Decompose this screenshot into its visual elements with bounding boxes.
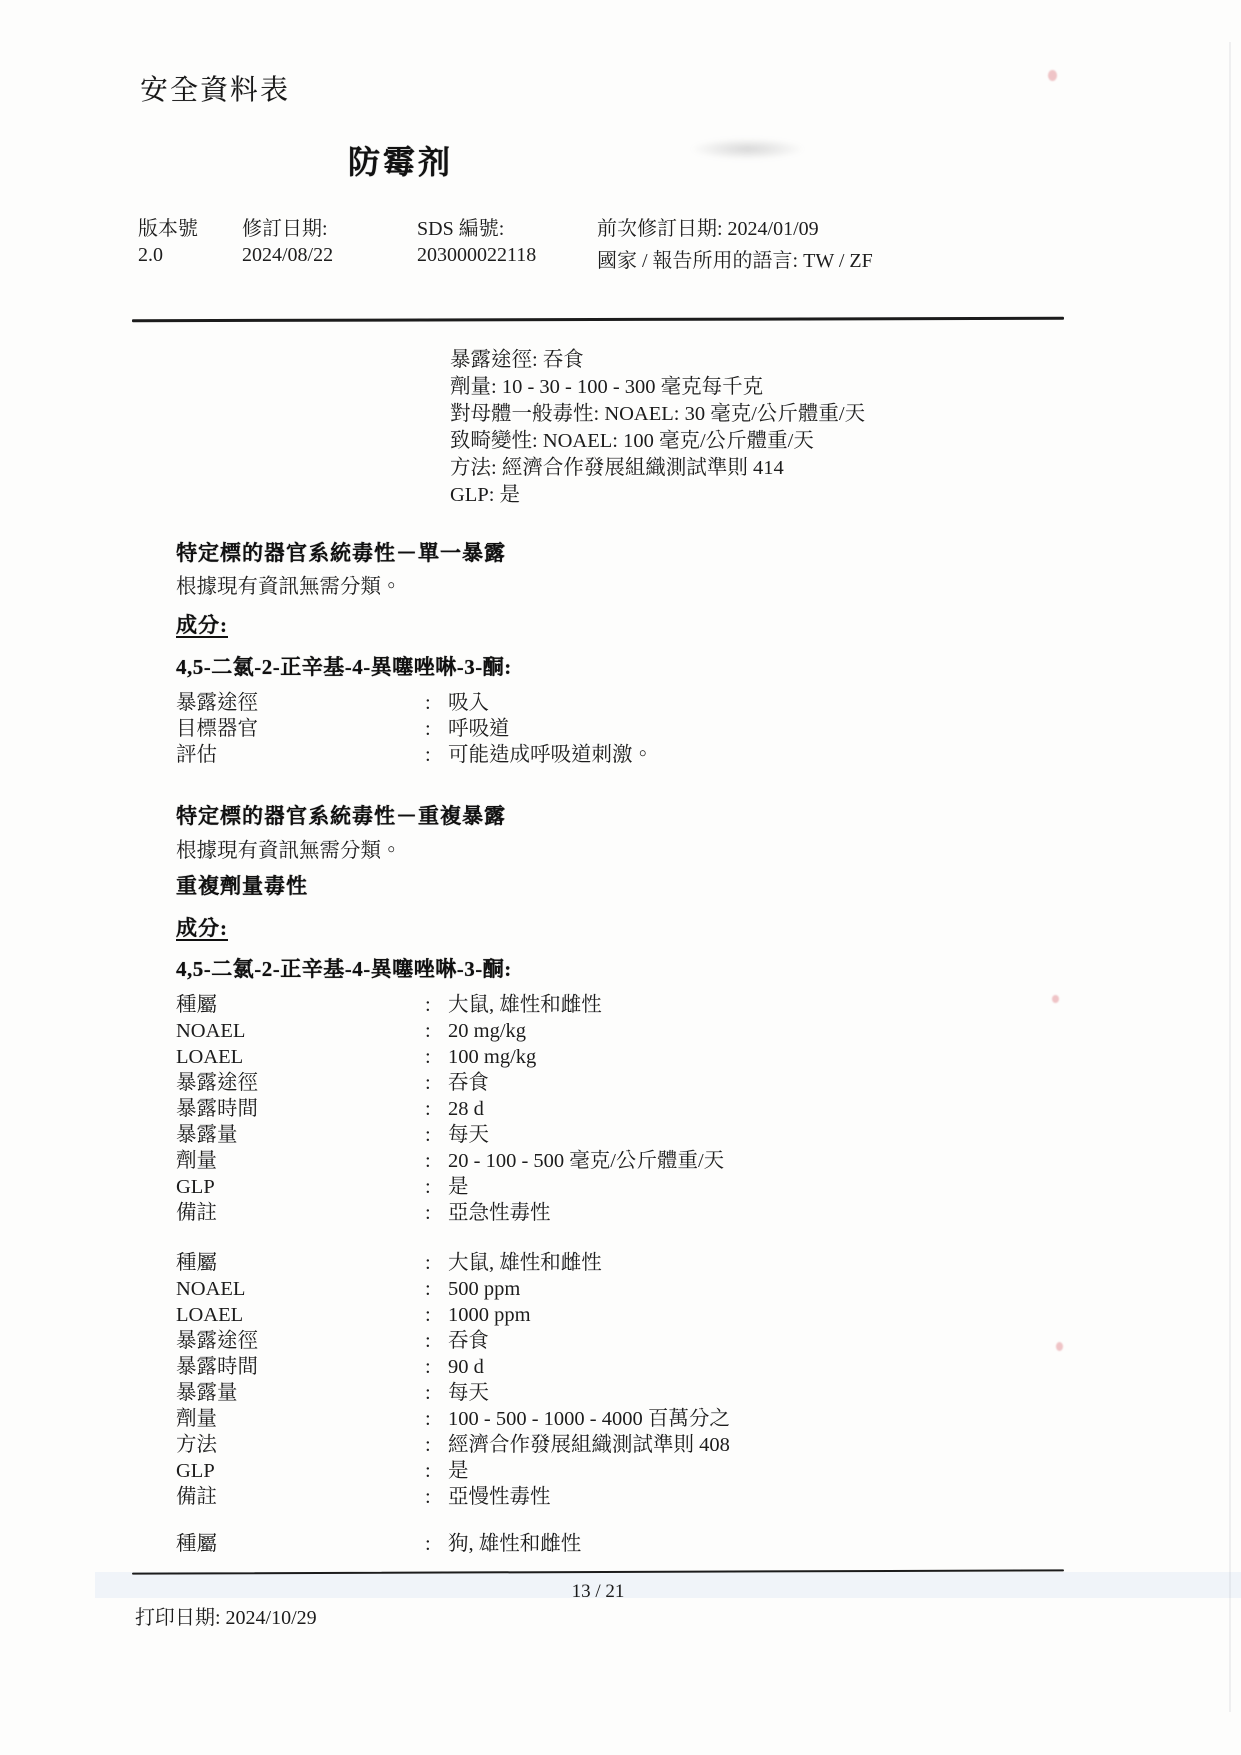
kv-row: GLP : 是 bbox=[176, 1174, 1076, 1200]
kv-label: LOAEL bbox=[176, 1044, 425, 1070]
kv-value: 是 bbox=[448, 1174, 1076, 1200]
kv-label: 暴露途徑 bbox=[176, 1328, 425, 1354]
kv-colon: : bbox=[425, 1070, 448, 1096]
kv-colon: : bbox=[425, 1122, 448, 1148]
kv-label: 種屬 bbox=[176, 1250, 425, 1276]
kv-row: 備註 : 亞慢性毒性 bbox=[176, 1484, 1076, 1510]
kv-list-study-2: 種屬 : 大鼠, 雄性和雌性 NOAEL : 500 ppm LOAEL : 1… bbox=[176, 1250, 1076, 1510]
kv-colon: : bbox=[425, 1354, 448, 1380]
section-note-stot-single: 根據現有資訊無需分類。 bbox=[176, 569, 402, 599]
kv-colon: : bbox=[425, 690, 448, 716]
kv-row: 暴露量 : 每天 bbox=[176, 1380, 1076, 1406]
kv-value: 大鼠, 雄性和雌性 bbox=[448, 992, 1076, 1018]
product-title: 防霉剂 bbox=[348, 137, 453, 183]
kv-colon: : bbox=[425, 1174, 448, 1200]
header-version-value: 2.0 bbox=[138, 244, 163, 267]
scan-dot bbox=[1048, 70, 1057, 81]
kv-label: 備註 bbox=[176, 1200, 425, 1226]
kv-colon: : bbox=[425, 1148, 448, 1174]
kv-colon: : bbox=[425, 1302, 448, 1328]
kv-row: 暴露量 : 每天 bbox=[176, 1122, 1076, 1148]
kv-label: GLP bbox=[176, 1458, 425, 1484]
kv-label: LOAEL bbox=[176, 1302, 425, 1328]
kv-row: NOAEL : 20 mg/kg bbox=[176, 1018, 1076, 1044]
header-revision-value: 2024/08/22 bbox=[242, 244, 333, 267]
kv-list-study-3: 種屬 : 狗, 雄性和雌性 bbox=[176, 1531, 1076, 1557]
kv-value: 90 d bbox=[448, 1354, 1076, 1380]
kv-colon: : bbox=[425, 1250, 448, 1276]
section-heading-stot-repeated: 特定標的器官系統毒性－重複暴露 bbox=[176, 800, 506, 830]
kv-colon: : bbox=[425, 1200, 448, 1226]
kv-value: 狗, 雄性和雌性 bbox=[448, 1531, 1076, 1557]
kv-colon: : bbox=[425, 1276, 448, 1302]
doc-title: 安全資料表 bbox=[140, 68, 290, 108]
kv-colon: : bbox=[425, 1406, 448, 1432]
kv-colon: : bbox=[425, 1018, 448, 1044]
kv-value: 吞食 bbox=[448, 1070, 1076, 1096]
kv-row: 方法 : 經濟合作發展組織測試準則 408 bbox=[176, 1432, 1076, 1458]
kv-value: 可能造成呼吸道刺激。 bbox=[448, 742, 1076, 768]
kv-row: 劑量 : 20 - 100 - 500 毫克/公斤體重/天 bbox=[176, 1148, 1076, 1174]
kv-value: 20 mg/kg bbox=[448, 1018, 1076, 1044]
header-country-language: 國家 / 報告所用的語言: TW / ZF bbox=[597, 244, 873, 273]
kv-value: 吸入 bbox=[448, 690, 1076, 716]
kv-value: 吞食 bbox=[448, 1328, 1076, 1354]
continuation-block: 暴露途徑: 吞食 劑量: 10 - 30 - 100 - 300 毫克每千克 對… bbox=[450, 347, 1070, 509]
kv-row: 暴露時間 : 28 d bbox=[176, 1096, 1076, 1122]
kv-label: 備註 bbox=[176, 1484, 425, 1510]
kv-value: 亞急性毒性 bbox=[448, 1200, 1076, 1226]
kv-label: NOAEL bbox=[176, 1276, 425, 1302]
kv-colon: : bbox=[425, 1380, 448, 1406]
continuation-line: 劑量: 10 - 30 - 100 - 300 毫克每千克 bbox=[450, 374, 1070, 401]
kv-label: 暴露時間 bbox=[176, 1354, 425, 1380]
kv-row: 評估 : 可能造成呼吸道刺激。 bbox=[176, 742, 1076, 768]
kv-value: 500 ppm bbox=[448, 1276, 1076, 1302]
header-divider bbox=[132, 317, 1064, 322]
kv-label: 暴露途徑 bbox=[176, 1070, 425, 1096]
scan-dot bbox=[1052, 995, 1059, 1003]
kv-label: 暴露途徑 bbox=[176, 690, 425, 716]
kv-colon: : bbox=[425, 716, 448, 742]
subheading-repeated-dose-toxicity: 重複劑量毒性 bbox=[176, 870, 308, 900]
kv-row: 種屬 : 狗, 雄性和雌性 bbox=[176, 1531, 1076, 1557]
continuation-line: 致畸變性: NOAEL: 100 毫克/公斤體重/天 bbox=[450, 428, 1070, 455]
continuation-line: GLP: 是 bbox=[450, 482, 1070, 509]
kv-colon: : bbox=[425, 1096, 448, 1122]
header-revision-label: 修訂日期: bbox=[242, 212, 328, 241]
kv-colon: : bbox=[425, 1458, 448, 1484]
continuation-line: 方法: 經濟合作發展組織測試準則 414 bbox=[450, 455, 1070, 482]
kv-label: 種屬 bbox=[176, 992, 425, 1018]
kv-value: 呼吸道 bbox=[448, 716, 1076, 742]
kv-row: LOAEL : 100 mg/kg bbox=[176, 1044, 1076, 1070]
header-sds-number-value: 203000022118 bbox=[417, 244, 536, 267]
kv-list-study-1: 種屬 : 大鼠, 雄性和雌性 NOAEL : 20 mg/kg LOAEL : … bbox=[176, 992, 1076, 1226]
kv-colon: : bbox=[425, 1484, 448, 1510]
kv-value: 每天 bbox=[448, 1380, 1076, 1406]
kv-list-stot-single: 暴露途徑 : 吸入 目標器官 : 呼吸道 評估 : 可能造成呼吸道刺激。 bbox=[176, 690, 1076, 768]
kv-label: 暴露量 bbox=[176, 1122, 425, 1148]
kv-label: 暴露時間 bbox=[176, 1096, 425, 1122]
continuation-line: 對母體一般毒性: NOAEL: 30 毫克/公斤體重/天 bbox=[450, 401, 1070, 428]
kv-label: 目標器官 bbox=[176, 716, 425, 742]
kv-colon: : bbox=[425, 1328, 448, 1354]
kv-colon: : bbox=[425, 1531, 448, 1557]
kv-colon: : bbox=[425, 992, 448, 1018]
scan-edge-line bbox=[1229, 42, 1231, 1712]
kv-row: 目標器官 : 呼吸道 bbox=[176, 716, 1076, 742]
kv-label: 評估 bbox=[176, 742, 425, 768]
kv-row: 種屬 : 大鼠, 雄性和雌性 bbox=[176, 992, 1076, 1018]
kv-row: 暴露途徑 : 吸入 bbox=[176, 690, 1076, 716]
components-label-2: 成分: bbox=[176, 912, 228, 942]
kv-row: LOAEL : 1000 ppm bbox=[176, 1302, 1076, 1328]
kv-value: 大鼠, 雄性和雌性 bbox=[448, 1250, 1076, 1276]
kv-value: 100 - 500 - 1000 - 4000 百萬分之 bbox=[448, 1406, 1076, 1432]
kv-colon: : bbox=[425, 742, 448, 768]
components-label-1: 成分: bbox=[176, 609, 228, 639]
kv-label: GLP bbox=[176, 1174, 425, 1200]
kv-row: 劑量 : 100 - 500 - 1000 - 4000 百萬分之 bbox=[176, 1406, 1076, 1432]
kv-label: 劑量 bbox=[176, 1406, 425, 1432]
section-note-stot-repeated: 根據現有資訊無需分類。 bbox=[176, 833, 402, 863]
kv-value: 亞慢性毒性 bbox=[448, 1484, 1076, 1510]
sds-page: 安全資料表 防霉剂 版本號 2.0 修訂日期: 2024/08/22 SDS 編… bbox=[0, 0, 1241, 1755]
kv-value: 28 d bbox=[448, 1096, 1076, 1122]
kv-value: 是 bbox=[448, 1458, 1076, 1484]
print-date: 打印日期: 2024/10/29 bbox=[135, 1601, 317, 1630]
kv-row: GLP : 是 bbox=[176, 1458, 1076, 1484]
kv-value: 經濟合作發展組織測試準則 408 bbox=[448, 1432, 1076, 1458]
kv-label: 劑量 bbox=[176, 1148, 425, 1174]
header-prev-revision: 前次修訂日期: 2024/01/09 bbox=[597, 212, 819, 241]
kv-row: 暴露途徑 : 吞食 bbox=[176, 1328, 1076, 1354]
substance-name-1: 4,5-二氯-2-正辛基-4-異噻唑啉-3-酮: bbox=[176, 651, 512, 681]
kv-label: 方法 bbox=[176, 1432, 425, 1458]
scan-dot bbox=[1056, 1342, 1063, 1351]
kv-row: 種屬 : 大鼠, 雄性和雌性 bbox=[176, 1250, 1076, 1276]
kv-label: 暴露量 bbox=[176, 1380, 425, 1406]
scan-smudge bbox=[690, 138, 805, 160]
substance-name-2: 4,5-二氯-2-正辛基-4-異噻唑啉-3-酮: bbox=[176, 953, 512, 983]
kv-value: 100 mg/kg bbox=[448, 1044, 1076, 1070]
kv-row: 暴露時間 : 90 d bbox=[176, 1354, 1076, 1380]
kv-row: 備註 : 亞急性毒性 bbox=[176, 1200, 1076, 1226]
kv-label: 種屬 bbox=[176, 1531, 425, 1557]
section-heading-stot-single: 特定標的器官系統毒性－單一暴露 bbox=[176, 537, 506, 567]
continuation-line: 暴露途徑: 吞食 bbox=[450, 347, 1070, 374]
kv-value: 每天 bbox=[448, 1122, 1076, 1148]
kv-label: NOAEL bbox=[176, 1018, 425, 1044]
kv-value: 1000 ppm bbox=[448, 1302, 1076, 1328]
kv-row: 暴露途徑 : 吞食 bbox=[176, 1070, 1076, 1096]
header-sds-number-label: SDS 編號: bbox=[417, 212, 504, 241]
page-number: 13 / 21 bbox=[132, 1581, 1064, 1603]
kv-colon: : bbox=[425, 1432, 448, 1458]
kv-value: 20 - 100 - 500 毫克/公斤體重/天 bbox=[448, 1148, 1076, 1174]
kv-colon: : bbox=[425, 1044, 448, 1070]
header-version-label: 版本號 bbox=[138, 212, 198, 241]
kv-row: NOAEL : 500 ppm bbox=[176, 1276, 1076, 1302]
